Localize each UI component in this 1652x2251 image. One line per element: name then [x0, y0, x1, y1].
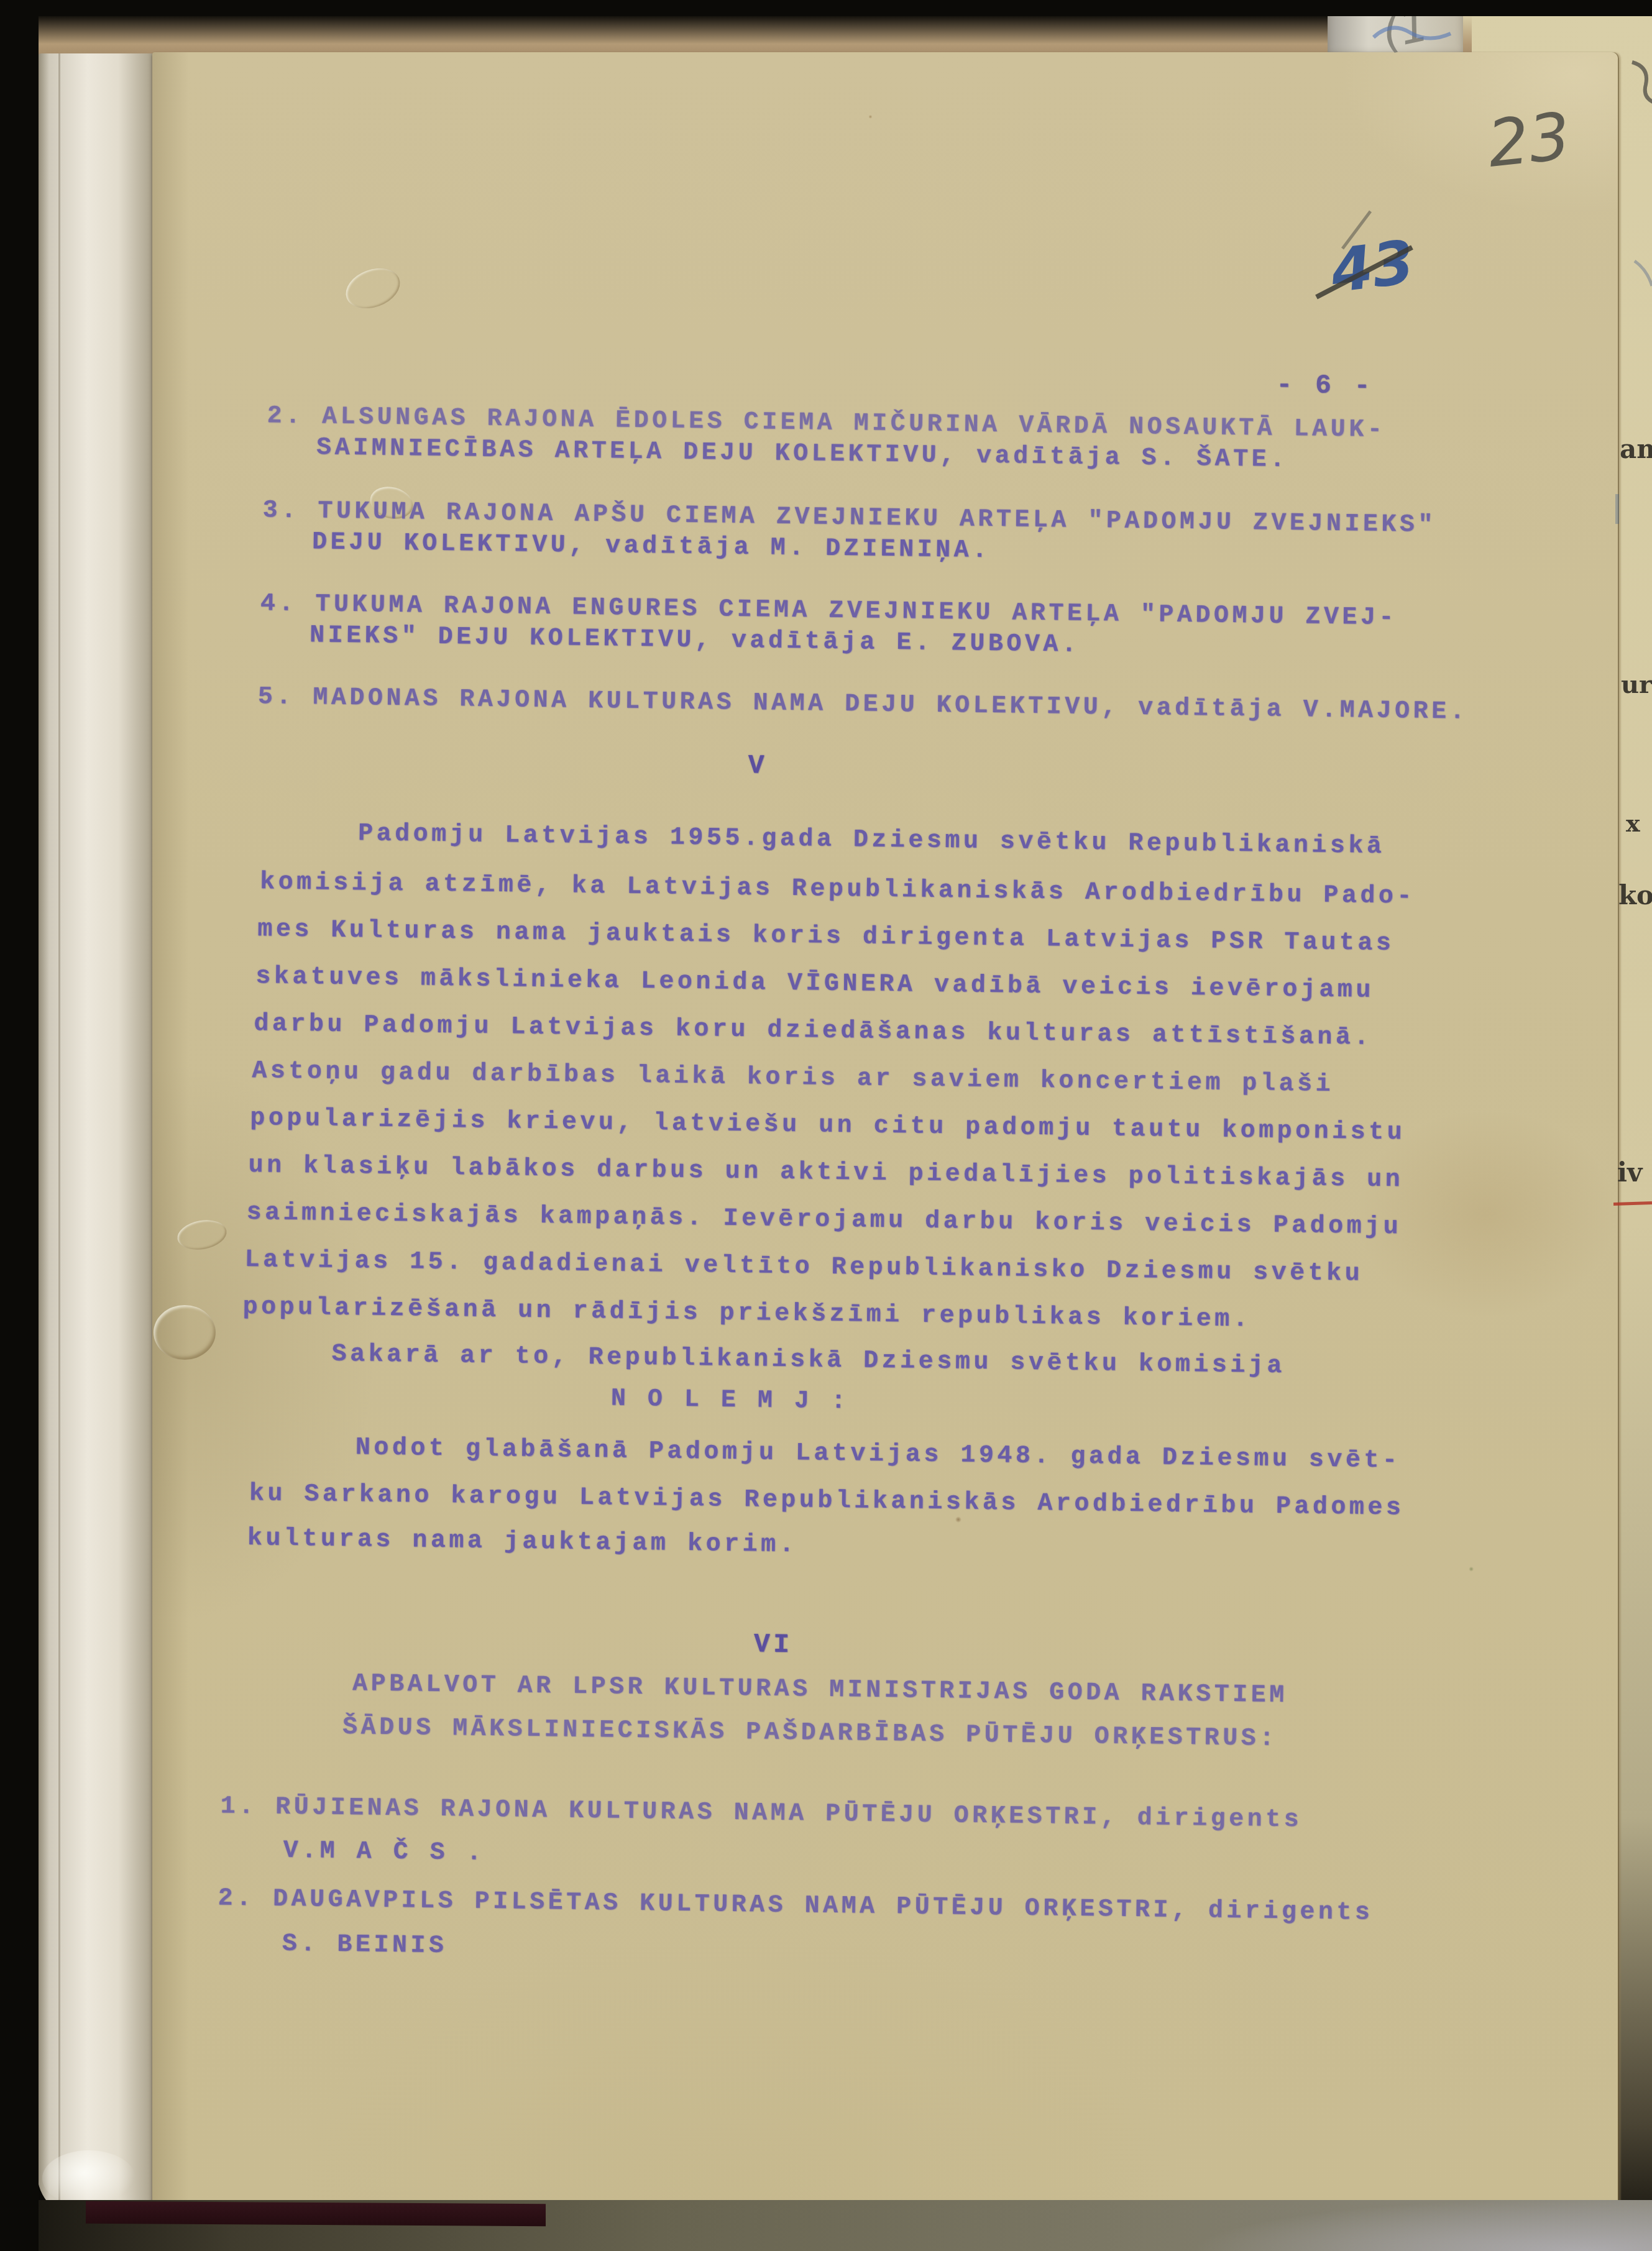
- cover-edge: [86, 2201, 546, 2227]
- scan-top-border: [0, 0, 1652, 16]
- typewritten-line: skatuves mākslinieka Leonida VĪGNERA vad…: [255, 963, 1374, 1005]
- typewritten-line: popularizējis krievu, latviešu un citu p…: [250, 1105, 1405, 1147]
- typewritten-text-layer: - 6 -2. ALSUNGAS RAJONA ĒDOLES CIEMA MIČ…: [125, 52, 1617, 2222]
- typewritten-line: V.M A Č S .: [283, 1838, 485, 1868]
- scanned-document-page: { "annotations": { "page_number_pencil":…: [0, 0, 1652, 2251]
- typewritten-line: Sakarā ar to, Republikaniskā Dziesmu svē…: [331, 1341, 1285, 1380]
- typewritten-line: NIEKS" DEJU KOLEKTIVU, vadītāja E. ZUBOV…: [310, 622, 1080, 659]
- typewritten-line: Latvijas 15. gadadienai veltīto Republik…: [244, 1247, 1363, 1288]
- typewritten-line: saimnieciskajās kampaņās. Ievērojamu dar…: [246, 1199, 1402, 1241]
- typewritten-line: 1. RŪJIENAS RAJONA KULTURAS NAMA PŪTĒJU …: [220, 1794, 1302, 1835]
- typewritten-line: S. BEINIS: [282, 1931, 447, 1960]
- typewritten-line: ku Sarkano karogu Latvijas Republikanisk…: [249, 1480, 1405, 1522]
- typewritten-line: 2. DAUGAVPILS PILSĒTAS KULTURAS NAMA PŪT…: [218, 1886, 1373, 1927]
- typewritten-line: 5. MADONAS RAJONA KULTURAS NAMA DEJU KOL…: [258, 684, 1469, 726]
- underlying-text-fragment: ur: [1621, 670, 1652, 699]
- typewritten-line: un klasiķu labākos darbus un aktivi pied…: [248, 1152, 1403, 1194]
- underlying-text-fragment: x: [1626, 809, 1640, 837]
- red-underline-mark: [1613, 1201, 1652, 1206]
- right-edge-fragments: amurxkoiv: [1613, 0, 1652, 2251]
- scan-left-border: [0, 0, 39, 2251]
- typewritten-line: komisija atzīmē, ka Latvijas Republikani…: [260, 869, 1415, 910]
- underlying-text-fragment: iv: [1617, 1157, 1642, 1188]
- typewritten-line: Astoņu gadu darbības laikā koris ar savi…: [252, 1058, 1334, 1099]
- typewritten-line: kulturas nama jauktajam korim.: [247, 1525, 798, 1559]
- typewritten-line: mes Kulturas nama jauktais koris dirigen…: [257, 916, 1395, 958]
- typewritten-line: - 6 -: [1276, 372, 1374, 400]
- underlying-text-fragment: ko: [1618, 880, 1652, 910]
- typewritten-line: Padomju Latvijas 1955.gada Dziesmu svētk…: [358, 820, 1385, 861]
- underlying-text-fragment: am: [1620, 434, 1652, 464]
- typewritten-line: VI: [754, 1631, 793, 1659]
- typewritten-line: APBALVOT AR LPSR KULTURAS MINISTRIJAS GO…: [352, 1671, 1288, 1710]
- typewritten-line: ŠĀDUS MĀKSLINIECISKĀS PAŠDARBĪBAS PŪTĒJU…: [342, 1714, 1278, 1753]
- typewritten-line: V: [748, 752, 768, 779]
- typewritten-line: DEJU KOLEKTIVU, vadītāja M. DZIENIŅA.: [312, 529, 991, 565]
- typewritten-line: popularizēšanā un rādījis priekšzīmi rep…: [242, 1294, 1251, 1334]
- typewritten-line: Nodot glabāšanā Padomju Latvijas 1948. g…: [356, 1434, 1401, 1475]
- typewritten-line: N O L E M J :: [611, 1385, 850, 1416]
- typewritten-line: darbu Padomju Latvijas koru dziedāšanas …: [254, 1011, 1372, 1052]
